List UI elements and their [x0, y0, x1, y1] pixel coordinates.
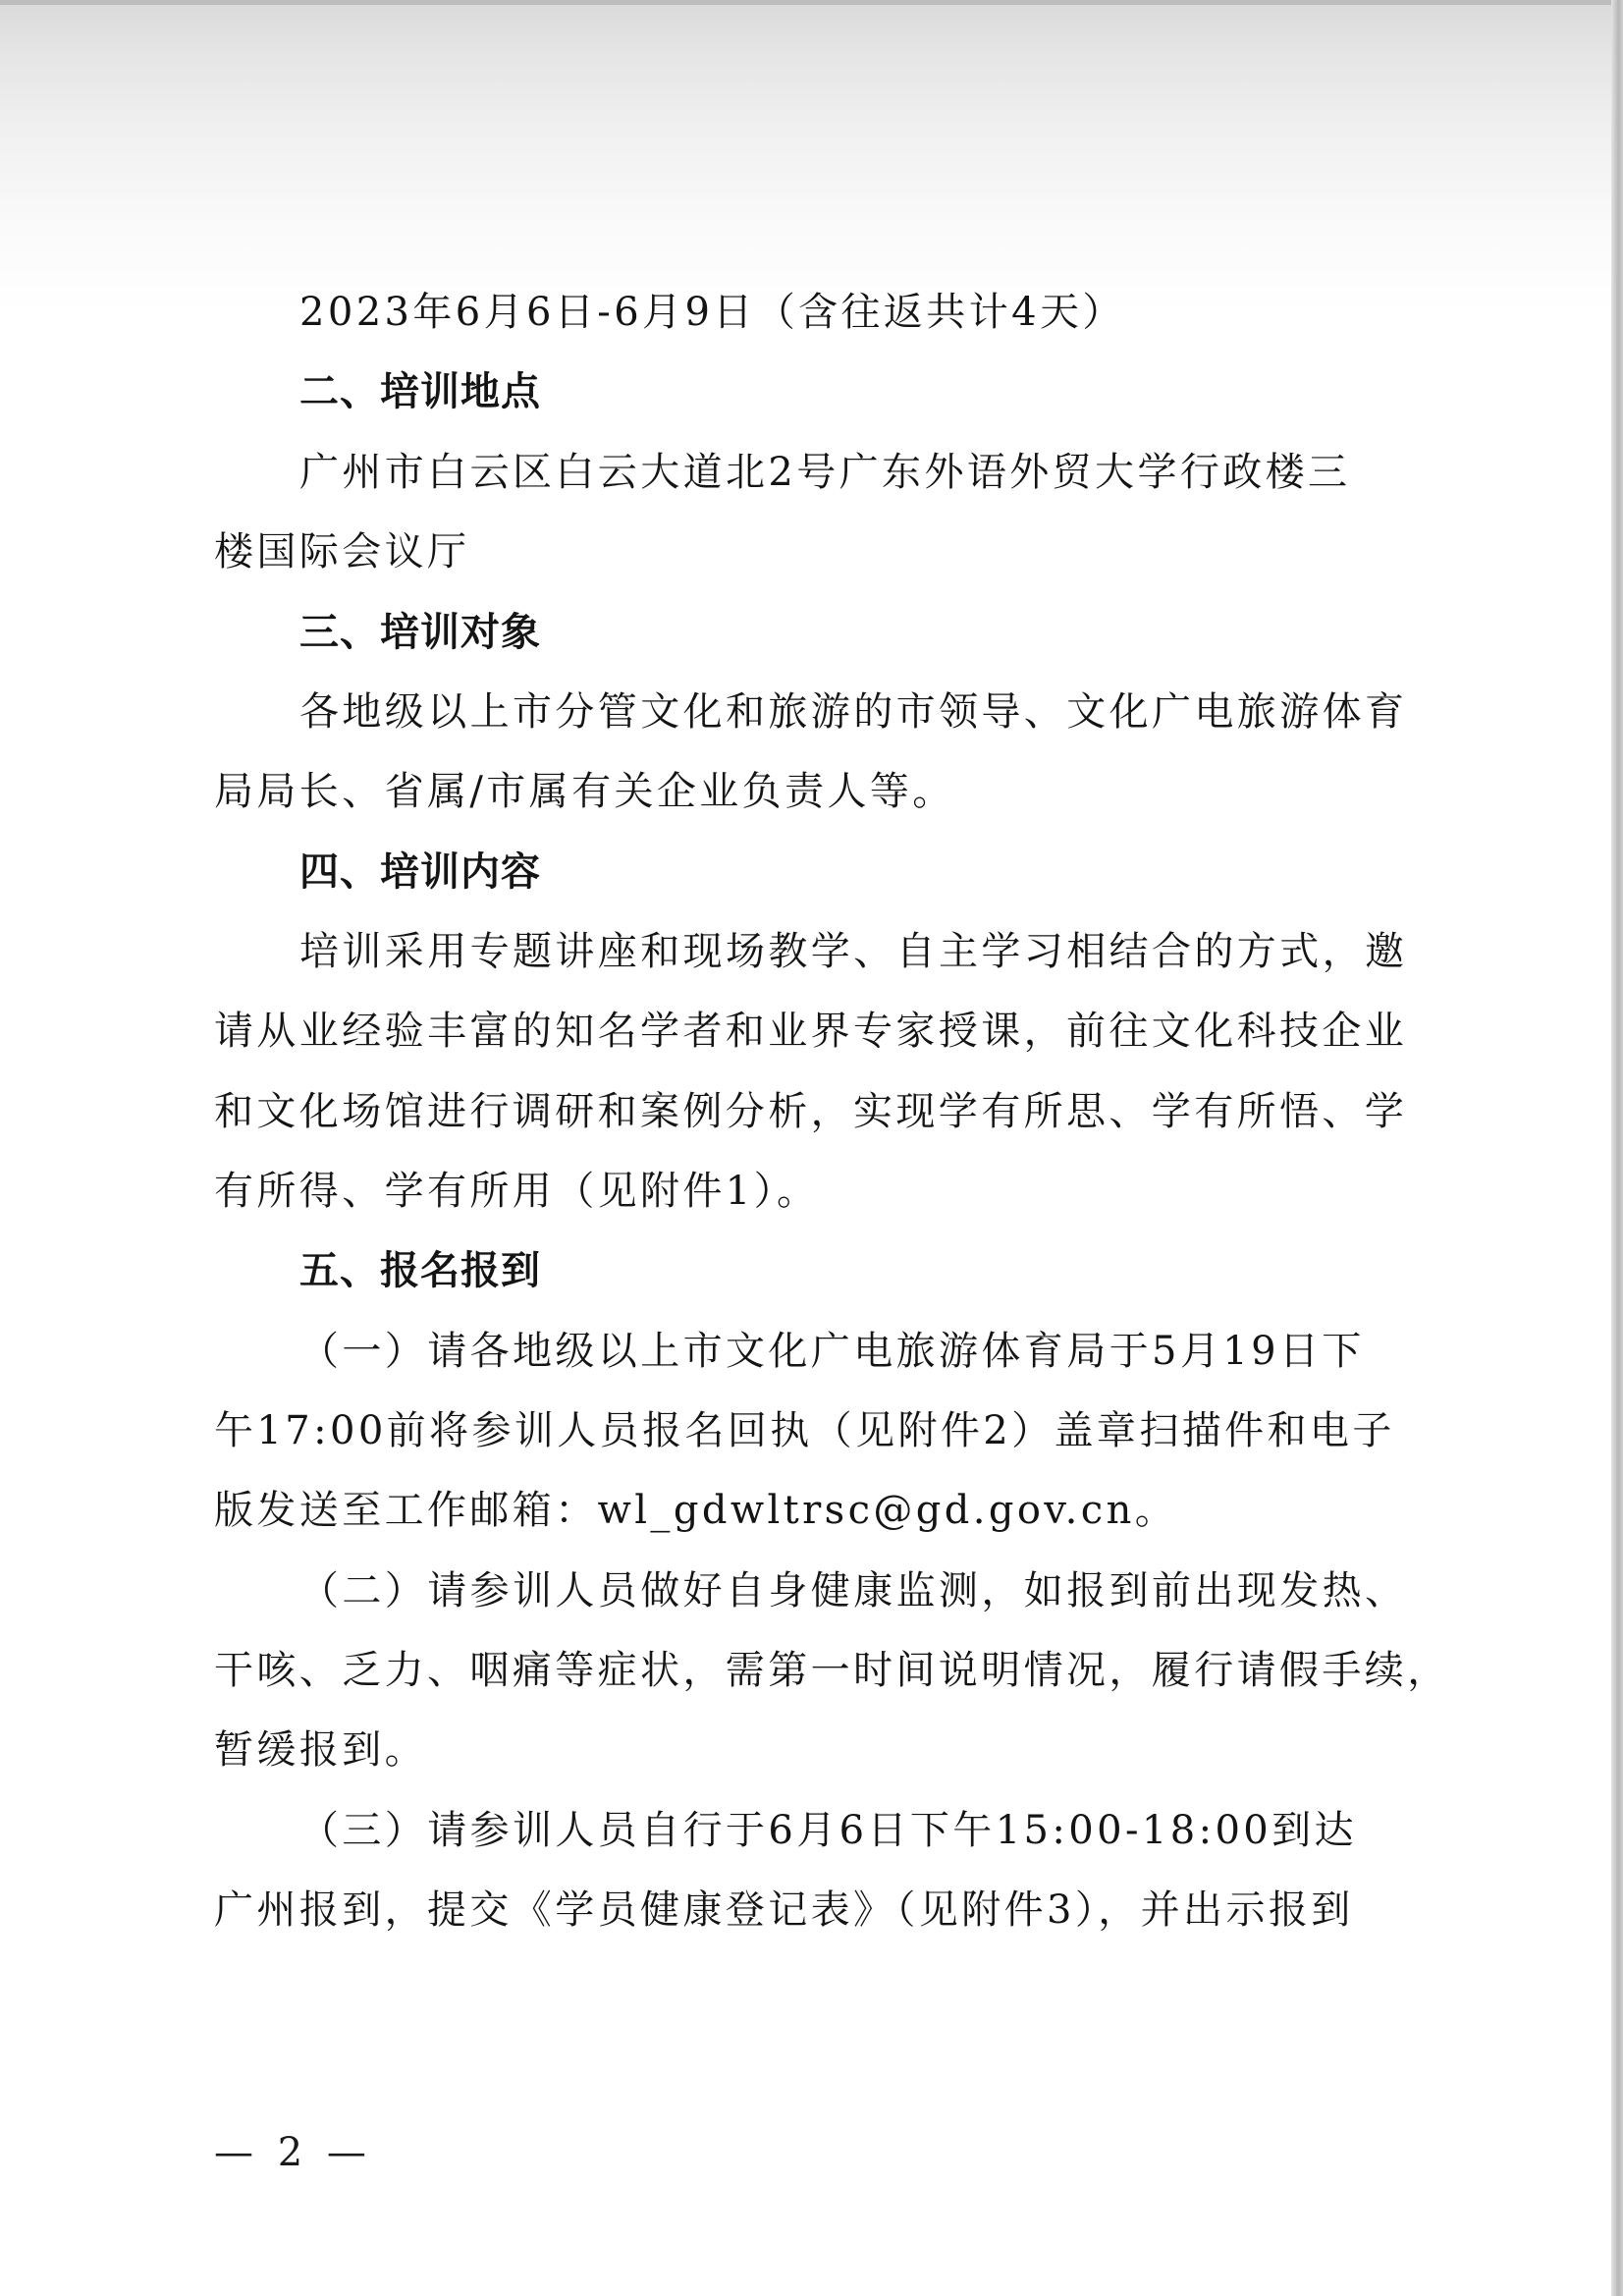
- page-number: — 2 —: [214, 2129, 372, 2176]
- registration-item-2-line: （二）请参训人员做好自身健康监测，如报到前出现发热、: [299, 1567, 1507, 1614]
- registration-item-1-email-line: 版发送至工作邮箱：wl_gdwltrsc@gd.gov.cn。: [214, 1487, 1422, 1534]
- audience-paragraph-line: 局局长、省属/市属有关企业负责人等。: [214, 768, 1422, 815]
- section-heading-content: 四、培训内容: [299, 848, 1507, 896]
- content-paragraph-line: 请从业经验丰富的知名学者和业界专家授课，前往文化科技企业: [214, 1008, 1422, 1055]
- location-paragraph-line: 楼国际会议厅: [214, 528, 1422, 575]
- content-paragraph-line: 有所得、学有所用（见附件1）。: [214, 1168, 1422, 1215]
- registration-item-1-line: （一）请各地级以上市文化广电旅游体育局于5月19日下: [299, 1328, 1507, 1375]
- registration-item-1-line: 午17:00前将参训人员报名回执（见附件2）盖章扫描件和电子: [214, 1407, 1422, 1454]
- content-paragraph-line: 和文化场馆进行调研和案例分析，实现学有所思、学有所悟、学: [214, 1088, 1422, 1135]
- registration-item-3-line: （三）请参训人员自行于6月6日下午15:00-18:00到达: [299, 1807, 1507, 1854]
- registration-item-2-line: 暂缓报到。: [214, 1726, 1422, 1774]
- registration-item-3-line: 广州报到，提交《学员健康登记表》（见附件3），并出示报到: [214, 1886, 1422, 1934]
- section-heading-audience: 三、培训对象: [299, 609, 1507, 656]
- section-heading-location: 二、培训地点: [299, 368, 1507, 415]
- content-paragraph-line: 培训采用专题讲座和现场教学、自主学习相结合的方式，邀: [299, 928, 1507, 975]
- location-paragraph-line: 广州市白云区白云大道北2号广东外语外贸大学行政楼三: [299, 449, 1507, 496]
- section-heading-registration: 五、报名报到: [299, 1247, 1507, 1294]
- training-dates: 2023年6月6日-6月9日（含往返共计4天）: [299, 289, 1507, 336]
- registration-item-2-line: 干咳、乏力、咽痛等症状，需第一时间说明情况，履行请假手续，: [214, 1647, 1422, 1694]
- document-body: 2023年6月6日-6月9日（含往返共计4天） 二、培训地点 广州市白云区白云大…: [0, 0, 1623, 2296]
- audience-paragraph-line: 各地级以上市分管文化和旅游的市领导、文化广电旅游体育: [299, 688, 1507, 736]
